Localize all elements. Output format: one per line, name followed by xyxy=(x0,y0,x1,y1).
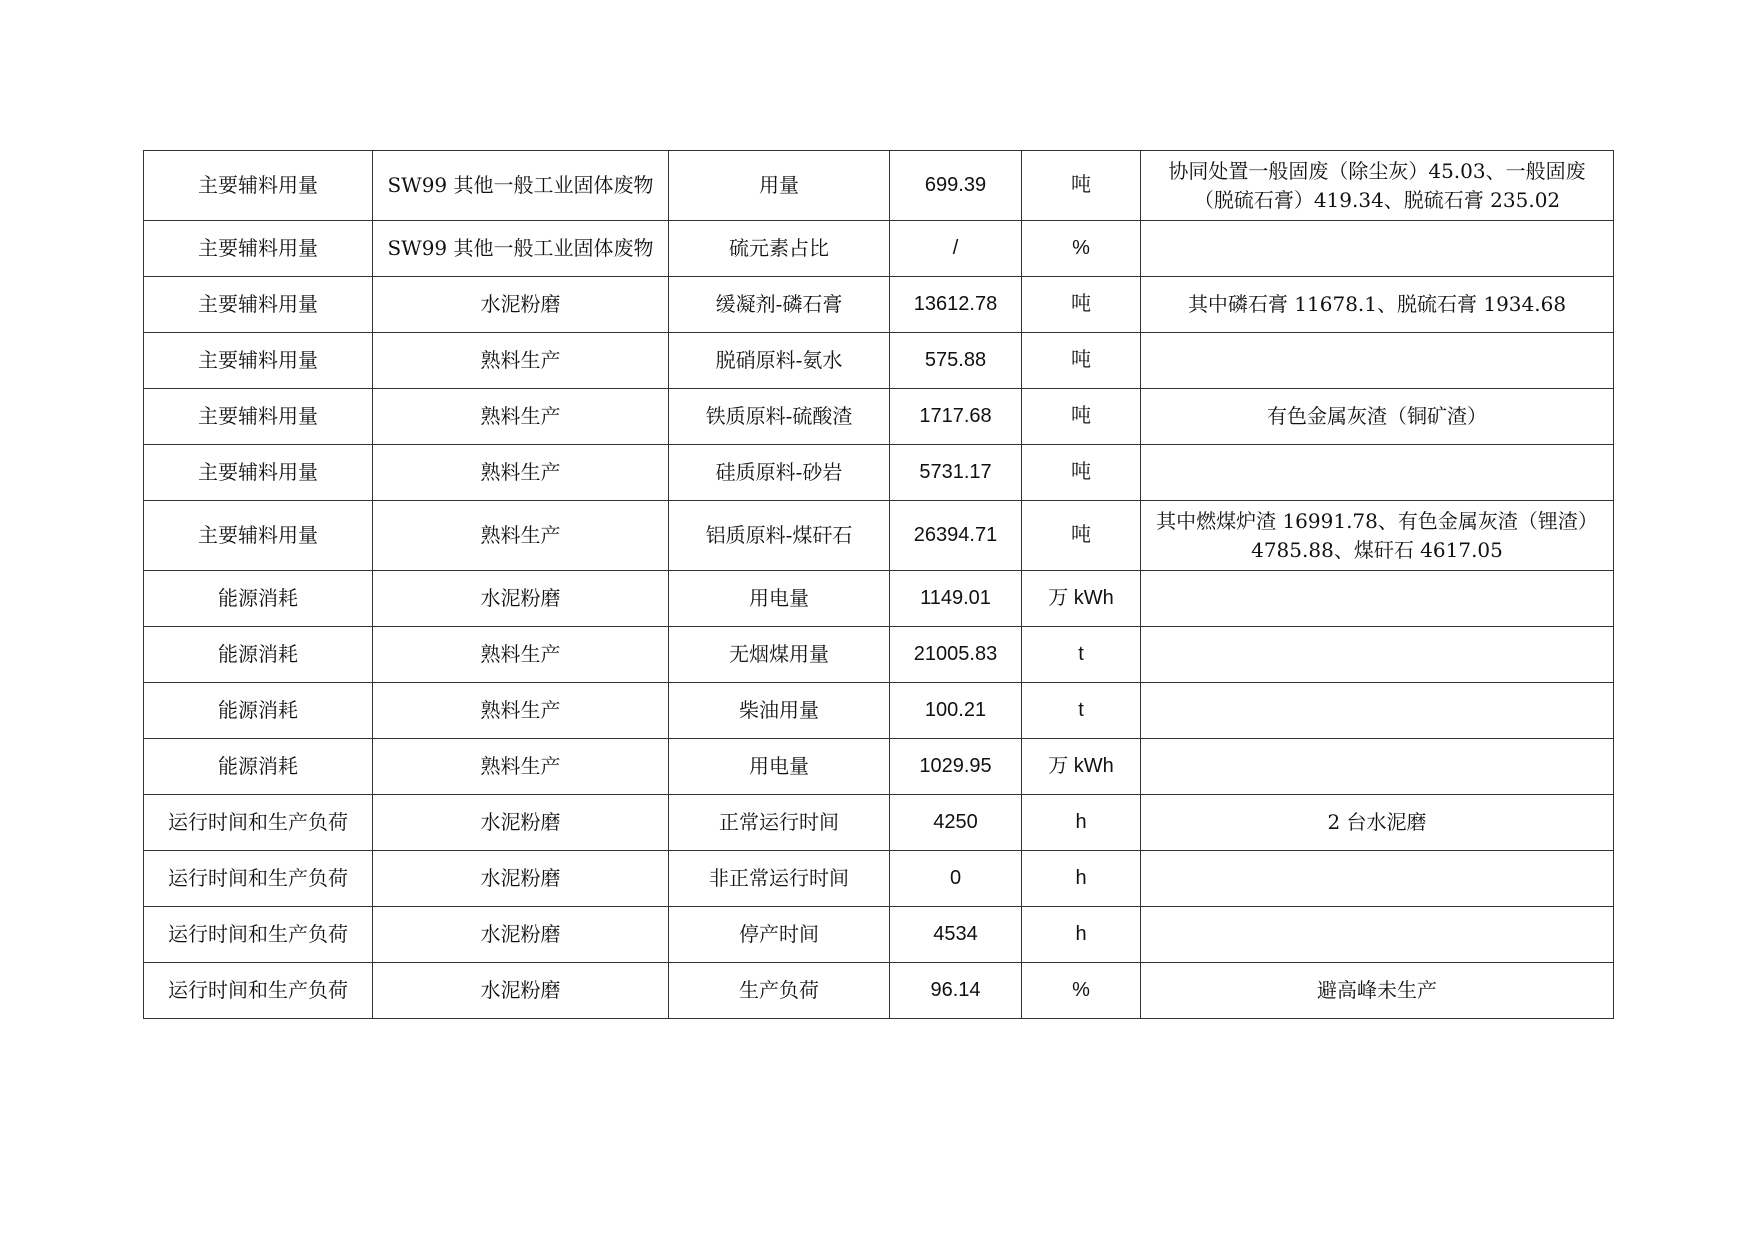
cell-note xyxy=(1141,445,1614,501)
cell-note xyxy=(1141,627,1614,683)
cell-item: 用电量 xyxy=(669,571,890,627)
cell-item: 停产时间 xyxy=(669,907,890,963)
table-row: 主要辅料用量 水泥粉磨 缓凝剂-磷石膏 13612.78 吨 其中磷石膏 116… xyxy=(144,277,1614,333)
cell-process: 熟料生产 xyxy=(373,501,669,571)
cell-unit: 吨 xyxy=(1022,501,1141,571)
data-table: 主要辅料用量 SW99 其他一般工业固体废物 用量 699.39 吨 协同处置一… xyxy=(143,150,1614,1019)
cell-value: 4250 xyxy=(890,795,1022,851)
cell-unit: t xyxy=(1022,683,1141,739)
cell-unit: h xyxy=(1022,907,1141,963)
cell-unit: t xyxy=(1022,627,1141,683)
document-page: 主要辅料用量 SW99 其他一般工业固体废物 用量 699.39 吨 协同处置一… xyxy=(0,0,1754,1240)
cell-item: 缓凝剂-磷石膏 xyxy=(669,277,890,333)
cell-item: 硅质原料-砂岩 xyxy=(669,445,890,501)
cell-process: 熟料生产 xyxy=(373,627,669,683)
cell-item: 柴油用量 xyxy=(669,683,890,739)
cell-note: 2 台水泥磨 xyxy=(1141,795,1614,851)
cell-process: SW99 其他一般工业固体废物 xyxy=(373,151,669,221)
cell-note xyxy=(1141,851,1614,907)
cell-category: 能源消耗 xyxy=(144,571,373,627)
cell-value: / xyxy=(890,221,1022,277)
cell-value: 699.39 xyxy=(890,151,1022,221)
cell-process: 水泥粉磨 xyxy=(373,907,669,963)
cell-process: 水泥粉磨 xyxy=(373,963,669,1019)
table-row: 主要辅料用量 熟料生产 硅质原料-砂岩 5731.17 吨 xyxy=(144,445,1614,501)
table-row: 主要辅料用量 熟料生产 铝质原料-煤矸石 26394.71 吨 其中燃煤炉渣 1… xyxy=(144,501,1614,571)
cell-process: 水泥粉磨 xyxy=(373,277,669,333)
cell-note: 其中燃煤炉渣 16991.78、有色金属灰渣（锂渣）4785.88、煤矸石 46… xyxy=(1141,501,1614,571)
cell-unit: 万 kWh xyxy=(1022,571,1141,627)
cell-category: 主要辅料用量 xyxy=(144,501,373,571)
cell-value: 0 xyxy=(890,851,1022,907)
cell-item: 脱硝原料-氨水 xyxy=(669,333,890,389)
cell-category: 主要辅料用量 xyxy=(144,277,373,333)
cell-unit: % xyxy=(1022,221,1141,277)
table-row: 能源消耗 水泥粉磨 用电量 1149.01 万 kWh xyxy=(144,571,1614,627)
cell-item: 硫元素占比 xyxy=(669,221,890,277)
cell-category: 能源消耗 xyxy=(144,627,373,683)
cell-process: 水泥粉磨 xyxy=(373,851,669,907)
table-row: 能源消耗 熟料生产 无烟煤用量 21005.83 t xyxy=(144,627,1614,683)
cell-note xyxy=(1141,333,1614,389)
table-row: 主要辅料用量 SW99 其他一般工业固体废物 用量 699.39 吨 协同处置一… xyxy=(144,151,1614,221)
cell-note: 有色金属灰渣（铜矿渣） xyxy=(1141,389,1614,445)
table-row: 运行时间和生产负荷 水泥粉磨 生产负荷 96.14 % 避高峰未生产 xyxy=(144,963,1614,1019)
cell-note: 协同处置一般固废（除尘灰）45.03、一般固废（脱硫石膏）419.34、脱硫石膏… xyxy=(1141,151,1614,221)
cell-unit: 吨 xyxy=(1022,389,1141,445)
cell-item: 正常运行时间 xyxy=(669,795,890,851)
cell-process: 熟料生产 xyxy=(373,333,669,389)
cell-unit: % xyxy=(1022,963,1141,1019)
cell-item: 铝质原料-煤矸石 xyxy=(669,501,890,571)
cell-process: 熟料生产 xyxy=(373,445,669,501)
cell-item: 生产负荷 xyxy=(669,963,890,1019)
cell-process: 水泥粉磨 xyxy=(373,795,669,851)
table-row: 主要辅料用量 熟料生产 脱硝原料-氨水 575.88 吨 xyxy=(144,333,1614,389)
cell-unit: 万 kWh xyxy=(1022,739,1141,795)
cell-unit: h xyxy=(1022,851,1141,907)
cell-category: 能源消耗 xyxy=(144,739,373,795)
cell-item: 铁质原料-硫酸渣 xyxy=(669,389,890,445)
table-row: 能源消耗 熟料生产 用电量 1029.95 万 kWh xyxy=(144,739,1614,795)
cell-note: 其中磷石膏 11678.1、脱硫石膏 1934.68 xyxy=(1141,277,1614,333)
cell-item: 用量 xyxy=(669,151,890,221)
cell-item: 用电量 xyxy=(669,739,890,795)
cell-item: 无烟煤用量 xyxy=(669,627,890,683)
cell-process: 熟料生产 xyxy=(373,683,669,739)
cell-value: 21005.83 xyxy=(890,627,1022,683)
cell-process: 熟料生产 xyxy=(373,739,669,795)
table-row: 运行时间和生产负荷 水泥粉磨 正常运行时间 4250 h 2 台水泥磨 xyxy=(144,795,1614,851)
cell-unit: 吨 xyxy=(1022,151,1141,221)
cell-value: 1717.68 xyxy=(890,389,1022,445)
cell-value: 26394.71 xyxy=(890,501,1022,571)
cell-category: 能源消耗 xyxy=(144,683,373,739)
cell-category: 主要辅料用量 xyxy=(144,333,373,389)
cell-value: 5731.17 xyxy=(890,445,1022,501)
cell-category: 运行时间和生产负荷 xyxy=(144,963,373,1019)
cell-value: 13612.78 xyxy=(890,277,1022,333)
cell-unit: 吨 xyxy=(1022,333,1141,389)
cell-category: 主要辅料用量 xyxy=(144,151,373,221)
cell-value: 575.88 xyxy=(890,333,1022,389)
cell-value: 4534 xyxy=(890,907,1022,963)
cell-unit: 吨 xyxy=(1022,445,1141,501)
cell-value: 96.14 xyxy=(890,963,1022,1019)
cell-note xyxy=(1141,571,1614,627)
cell-unit: 吨 xyxy=(1022,277,1141,333)
cell-category: 运行时间和生产负荷 xyxy=(144,795,373,851)
table-row: 运行时间和生产负荷 水泥粉磨 非正常运行时间 0 h xyxy=(144,851,1614,907)
cell-item: 非正常运行时间 xyxy=(669,851,890,907)
cell-note xyxy=(1141,221,1614,277)
cell-value: 1029.95 xyxy=(890,739,1022,795)
cell-process: 熟料生产 xyxy=(373,389,669,445)
cell-category: 主要辅料用量 xyxy=(144,221,373,277)
cell-note: 避高峰未生产 xyxy=(1141,963,1614,1019)
cell-category: 主要辅料用量 xyxy=(144,389,373,445)
table-row: 主要辅料用量 SW99 其他一般工业固体废物 硫元素占比 / % xyxy=(144,221,1614,277)
cell-category: 运行时间和生产负荷 xyxy=(144,851,373,907)
cell-value: 100.21 xyxy=(890,683,1022,739)
table-row: 运行时间和生产负荷 水泥粉磨 停产时间 4534 h xyxy=(144,907,1614,963)
cell-category: 主要辅料用量 xyxy=(144,445,373,501)
cell-note xyxy=(1141,739,1614,795)
cell-value: 1149.01 xyxy=(890,571,1022,627)
cell-note xyxy=(1141,683,1614,739)
cell-unit: h xyxy=(1022,795,1141,851)
cell-note xyxy=(1141,907,1614,963)
table-row: 能源消耗 熟料生产 柴油用量 100.21 t xyxy=(144,683,1614,739)
cell-process: 水泥粉磨 xyxy=(373,571,669,627)
cell-process: SW99 其他一般工业固体废物 xyxy=(373,221,669,277)
cell-category: 运行时间和生产负荷 xyxy=(144,907,373,963)
table-row: 主要辅料用量 熟料生产 铁质原料-硫酸渣 1717.68 吨 有色金属灰渣（铜矿… xyxy=(144,389,1614,445)
